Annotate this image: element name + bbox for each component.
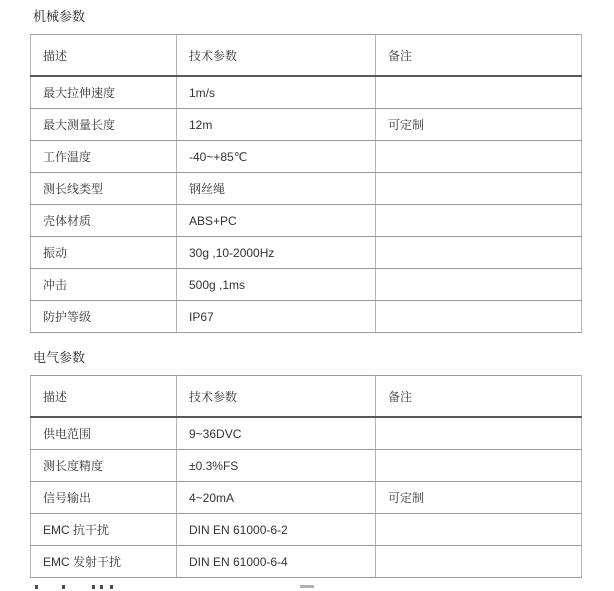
table-row: EMC 发射干扰 DIN EN 61000-6-4 xyxy=(31,546,582,578)
cell-tech-param: 9~36DVC xyxy=(177,417,376,450)
cell-tech-param: DIN EN 61000-6-2 xyxy=(177,514,376,546)
table-row: 冲击 500g ,1ms xyxy=(31,269,582,301)
table-row: 信号输出 4~20mA 可定制 xyxy=(31,482,582,514)
column-header-description: 描述 xyxy=(31,35,177,77)
cell-description: 供电范围 xyxy=(31,417,177,450)
cell-description: 信号输出 xyxy=(31,482,177,514)
cell-notes xyxy=(376,141,582,173)
text-fragment-mark xyxy=(92,585,95,589)
cell-description: 冲击 xyxy=(31,269,177,301)
table-row: 振动 30g ,10-2000Hz xyxy=(31,237,582,269)
cell-description: 壳体材质 xyxy=(31,205,177,237)
cell-description: EMC 抗干扰 xyxy=(31,514,177,546)
column-header-notes: 备注 xyxy=(376,376,582,418)
cell-notes xyxy=(376,417,582,450)
cell-tech-param: -40~+85℃ xyxy=(177,141,376,173)
section-electrical-params: 电气参数 描述 技术参数 备注 供电范围 9~36DVC 测长度精度 ±0.3%… xyxy=(30,350,614,578)
text-fragment-mark xyxy=(35,585,38,589)
cell-notes xyxy=(376,173,582,205)
cell-notes xyxy=(376,205,582,237)
cell-notes: 可定制 xyxy=(376,482,582,514)
cell-notes xyxy=(376,269,582,301)
cell-tech-param: 500g ,1ms xyxy=(177,269,376,301)
table-row: 壳体材质 ABS+PC xyxy=(31,205,582,237)
cell-description: 振动 xyxy=(31,237,177,269)
cell-description: EMC 发射干扰 xyxy=(31,546,177,578)
cell-notes xyxy=(376,546,582,578)
column-header-tech-param: 技术参数 xyxy=(177,35,376,77)
mechanical-params-table: 描述 技术参数 备注 最大拉伸速度 1m/s 最大测量长度 12m 可定制 工作… xyxy=(30,34,582,333)
text-fragment-mark xyxy=(110,585,113,589)
electrical-params-title: 电气参数 xyxy=(33,350,614,366)
electrical-params-table: 描述 技术参数 备注 供电范围 9~36DVC 测长度精度 ±0.3%FS 信号 xyxy=(30,375,582,578)
text-fragment-mark xyxy=(62,585,65,589)
cell-tech-param: ±0.3%FS xyxy=(177,450,376,482)
table-row: 测长度精度 ±0.3%FS xyxy=(31,450,582,482)
cell-tech-param: 30g ,10-2000Hz xyxy=(177,237,376,269)
cell-description: 防护等级 xyxy=(31,301,177,333)
cell-description: 测长线类型 xyxy=(31,173,177,205)
cell-notes xyxy=(376,237,582,269)
column-header-description: 描述 xyxy=(31,376,177,418)
cell-notes xyxy=(376,76,582,109)
table-row: 供电范围 9~36DVC xyxy=(31,417,582,450)
cell-tech-param: 4~20mA xyxy=(177,482,376,514)
spec-document-page: 机械参数 描述 技术参数 备注 最大拉伸速度 1m/s 最大测量长度 12m xyxy=(0,0,614,578)
column-header-tech-param: 技术参数 xyxy=(177,376,376,418)
cell-description: 最大拉伸速度 xyxy=(31,76,177,109)
cell-tech-param: ABS+PC xyxy=(177,205,376,237)
cell-notes xyxy=(376,514,582,546)
cell-description: 工作温度 xyxy=(31,141,177,173)
clipped-next-line xyxy=(0,585,614,591)
cell-tech-param: 钢丝绳 xyxy=(177,173,376,205)
cell-tech-param: 1m/s xyxy=(177,76,376,109)
cell-notes xyxy=(376,301,582,333)
table-row: 最大拉伸速度 1m/s xyxy=(31,76,582,109)
cell-description: 测长度精度 xyxy=(31,450,177,482)
text-fragment-mark xyxy=(100,585,103,589)
table-row: 工作温度 -40~+85℃ xyxy=(31,141,582,173)
cell-tech-param: IP67 xyxy=(177,301,376,333)
table-header-row: 描述 技术参数 备注 xyxy=(31,376,582,418)
table-header-row: 描述 技术参数 备注 xyxy=(31,35,582,77)
cell-tech-param: DIN EN 61000-6-4 xyxy=(177,546,376,578)
cell-description: 最大测量长度 xyxy=(31,109,177,141)
table-row: 最大测量长度 12m 可定制 xyxy=(31,109,582,141)
table-row: EMC 抗干扰 DIN EN 61000-6-2 xyxy=(31,514,582,546)
cell-notes: 可定制 xyxy=(376,109,582,141)
table-row: 防护等级 IP67 xyxy=(31,301,582,333)
section-mechanical-params: 机械参数 描述 技术参数 备注 最大拉伸速度 1m/s 最大测量长度 12m xyxy=(30,9,614,333)
cell-notes xyxy=(376,450,582,482)
mechanical-params-title: 机械参数 xyxy=(33,9,614,25)
cell-tech-param: 12m xyxy=(177,109,376,141)
column-header-notes: 备注 xyxy=(376,35,582,77)
text-fragment-mark xyxy=(300,585,314,588)
table-row: 测长线类型 钢丝绳 xyxy=(31,173,582,205)
